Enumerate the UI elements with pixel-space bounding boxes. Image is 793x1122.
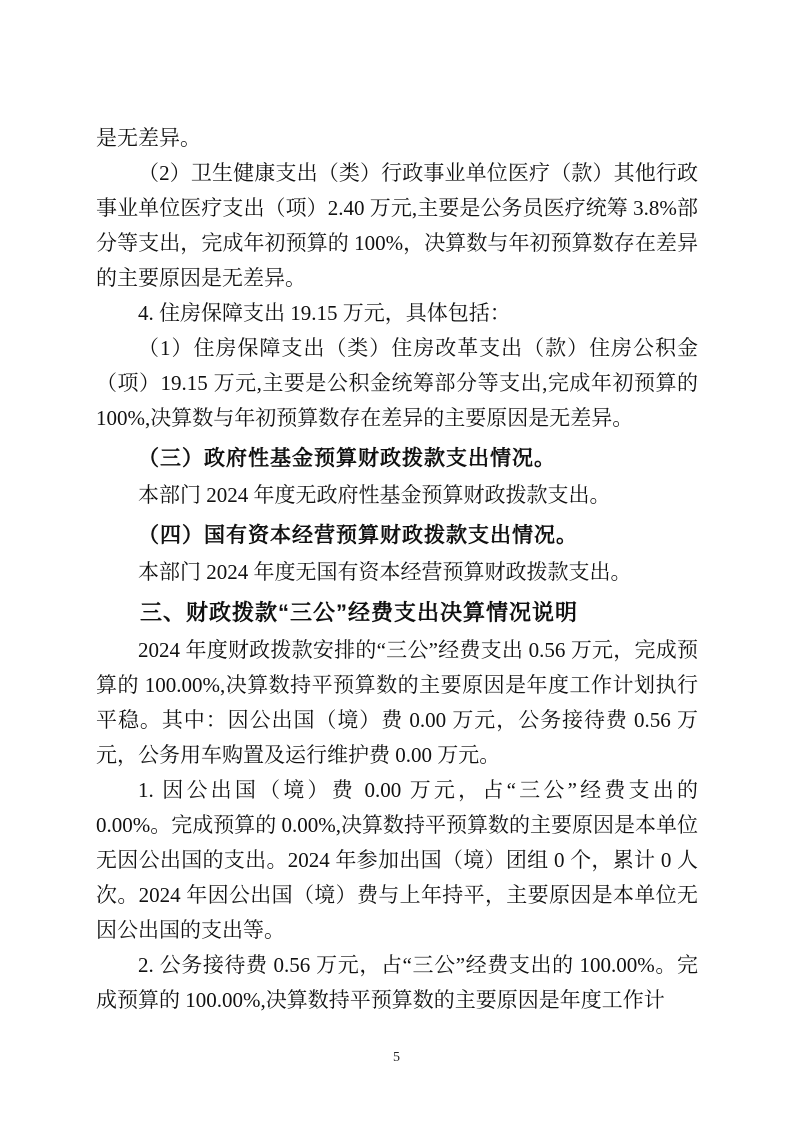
paragraph-housing-security-total: 4. 住房保障支出 19.15 万元，具体包括：: [96, 296, 698, 331]
paragraph-state-capital-note: 本部门 2024 年度无国有资本经营预算财政拨款支出。: [96, 555, 698, 590]
paragraph-continuation-no-difference: 是无差异。: [96, 121, 698, 156]
heading-state-capital-budget-expenditure: （四）国有资本经营预算财政拨款支出情况。: [96, 518, 698, 553]
paragraph-three-public-summary: 2024 年度财政拨款安排的“三公”经费支出 0.56 万元，完成预算的 100…: [96, 633, 698, 773]
paragraph-official-reception-expense: 2. 公务接待费 0.56 万元，占“三公”经费支出的 100.00%。完成预算…: [96, 948, 698, 1018]
heading-three-public-expenses: 三、财政拨款“三公”经费支出决算情况说明: [96, 595, 698, 631]
paragraph-health-medical-expenditure: （2）卫生健康支出（类）行政事业单位医疗（款）其他行政事业单位医疗支出（项）2.…: [96, 156, 698, 296]
page-number: 5: [0, 1050, 793, 1066]
paragraph-overseas-travel-expense: 1. 因公出国（境）费 0.00 万元，占“三公”经费支出的 0.00%。完成预…: [96, 773, 698, 948]
paragraph-gov-fund-note: 本部门 2024 年度无政府性基金预算财政拨款支出。: [96, 478, 698, 513]
paragraph-housing-fund-detail: （1）住房保障支出（类）住房改革支出（款）住房公积金（项）19.15 万元,主要…: [96, 331, 698, 436]
page-content: 是无差异。 （2）卫生健康支出（类）行政事业单位医疗（款）其他行政事业单位医疗支…: [96, 121, 698, 1018]
document-page: 是无差异。 （2）卫生健康支出（类）行政事业单位医疗（款）其他行政事业单位医疗支…: [0, 0, 793, 1122]
heading-gov-fund-budget-expenditure: （三）政府性基金预算财政拨款支出情况。: [96, 441, 698, 476]
